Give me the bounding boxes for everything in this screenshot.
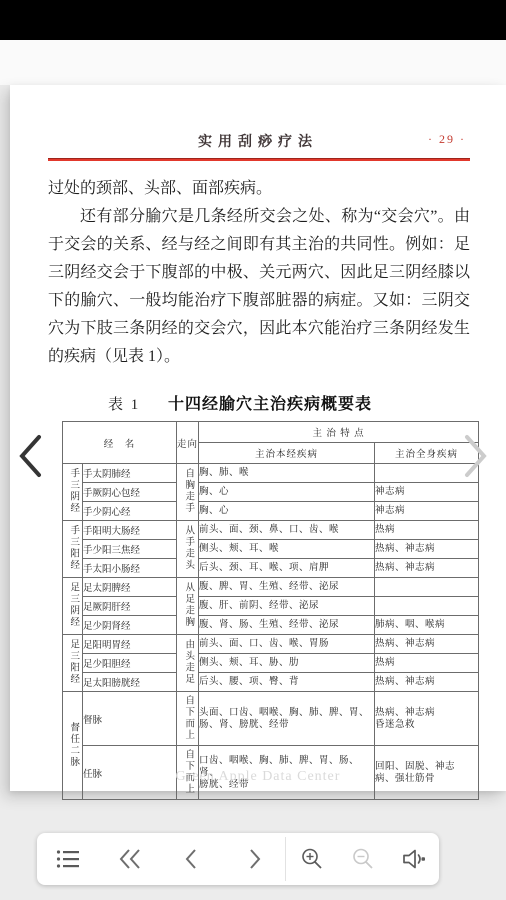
table-of-contents-icon <box>56 849 80 869</box>
meridian-name: 手少阳三焦经 <box>83 540 177 559</box>
group-label: 手三阳经 <box>68 525 78 571</box>
chevron-left-icon <box>16 433 46 479</box>
own-meridian-indications: 腹、肾、肠、生殖、经带、泌尿 <box>199 616 375 635</box>
table-label: 表 1 <box>108 393 140 414</box>
meridian-name: 足厥阴肝经 <box>83 597 177 616</box>
group-label: 足三阳经 <box>68 639 78 685</box>
chevron-right-icon <box>242 847 266 871</box>
book-title: 实用刮痧疗法 <box>48 131 468 151</box>
meridian-name: 足少阳胆经 <box>83 654 177 673</box>
whole-body-indications: 热病、神志病 昏迷急救 <box>375 692 479 746</box>
double-chevron-left-icon <box>117 847 143 871</box>
col-header-direction: 走向 <box>177 422 199 464</box>
own-meridian-indications: 头面、口齿、咽喉、胸、肺、脾、胃、 肠、肾、膀胱、经带 <box>199 692 375 746</box>
direction-cell: 从足走胸 <box>177 578 199 635</box>
zoom-out-button[interactable] <box>348 844 378 874</box>
app-background-strip <box>0 40 506 85</box>
col-header-indications: 主 治 特 点 <box>199 422 479 443</box>
whole-body-indications: 肺病、咽、喉病 <box>375 616 479 635</box>
whole-body-indications <box>375 578 479 597</box>
meridian-name: 手厥阴心包经 <box>83 483 177 502</box>
own-meridian-indications: 前头、面、颈、鼻、口、齿、喉 <box>199 521 375 540</box>
own-meridian-indications: 侧头、颊、耳、胁、肋 <box>199 654 375 673</box>
paragraph: 过处的颈部、头部、面部疾病。 <box>48 175 470 203</box>
whole-body-indications: 热病、神志病 <box>375 540 479 559</box>
own-meridian-indications: 腹、脾、胃、生殖、经带、泌尿 <box>199 578 375 597</box>
whole-body-indications: 热病、神志病 <box>375 559 479 578</box>
own-meridian-indications: 胸、心 <box>199 483 375 502</box>
own-meridian-indications: 胸、心 <box>199 502 375 521</box>
read-aloud-button[interactable] <box>399 844 429 874</box>
group-label-cell: 足三阴经 <box>63 578 83 635</box>
own-meridian-indications: 腹、肝、前阴、经带、泌尿 <box>199 597 375 616</box>
table-row: 足太阳膀胱经 后头、腰、项、臀、背 热病、神志病 <box>63 673 479 692</box>
direction-label: 由头走足 <box>183 639 193 685</box>
book-page: 实用刮痧疗法 · 29 · 过处的颈部、头部、面部疾病。 还有部分腧穴是几条经所… <box>10 85 506 791</box>
direction-label: 从足走胸 <box>183 582 193 628</box>
table-row: 手少阳三焦经 侧头、颊、耳、喉 热病、神志病 <box>63 540 479 559</box>
whole-body-indications <box>375 597 479 616</box>
toolbar-nav-group <box>37 833 285 885</box>
direction-label: 从手走头 <box>183 525 193 571</box>
whole-body-indications: 热病、神志病 <box>375 673 479 692</box>
zoom-in-icon <box>300 847 324 871</box>
whole-body-indications: 神志病 <box>375 483 479 502</box>
col-header-meridian-name: 经 名 <box>63 422 177 464</box>
own-meridian-indications: 胸、肺、喉 <box>199 464 375 483</box>
whole-body-indications: 神志病 <box>375 502 479 521</box>
previous-page-arrow[interactable] <box>16 433 46 479</box>
meridian-name: 足太阳膀胱经 <box>83 673 177 692</box>
table-row: 足少阴肾经 腹、肾、肠、生殖、经带、泌尿 肺病、咽、喉病 <box>63 616 479 635</box>
group-label-cell: 手三阴经 <box>63 464 83 521</box>
zoom-in-button[interactable] <box>297 844 327 874</box>
page-header: 实用刮痧疗法 · 29 · <box>48 131 468 151</box>
next-page-arrow[interactable] <box>460 433 490 479</box>
table-row: 足少阳胆经 侧头、颊、耳、胁、肋 热病 <box>63 654 479 673</box>
table-row: 手三阳经 手阳明大肠经 从手走头 前头、面、颈、鼻、口、齿、喉 热病 <box>63 521 479 540</box>
watermark: Green Apple Data Center <box>10 769 506 785</box>
body-text: 过处的颈部、头部、面部疾病。 还有部分腧穴是几条经所交会之处、称为“交会穴”。由… <box>48 175 470 371</box>
own-meridian-indications: 后头、腰、项、臀、背 <box>199 673 375 692</box>
table-row: 足三阳经 足阳明胃经 由头走足 前头、面、口、齿、喉、胃肠 热病、神志病 <box>63 635 479 654</box>
group-label: 手三阴经 <box>68 468 78 514</box>
meridian-name: 足阳明胃经 <box>83 635 177 654</box>
prev-page-button[interactable] <box>177 844 207 874</box>
own-meridian-indications: 前头、面、口、齿、喉、胃肠 <box>199 635 375 654</box>
table-row: 手少阴心经 胸、心 神志病 <box>63 502 479 521</box>
group-label: 督任二脉 <box>68 722 78 768</box>
reader-toolbar <box>37 833 439 885</box>
reader-screen: 实用刮痧疗法 · 29 · 过处的颈部、头部、面部疾病。 还有部分腧穴是几条经所… <box>0 0 506 900</box>
table-row: 手厥阴心包经 胸、心 神志病 <box>63 483 479 502</box>
chevron-right-icon <box>460 433 490 479</box>
table-row: 足三阴经 足太阴脾经 从足走胸 腹、脾、胃、生殖、经带、泌尿 <box>63 578 479 597</box>
direction-label: 自下而上 <box>183 695 193 741</box>
table-caption: 表 1 十四经腧穴主治疾病概要表 <box>62 391 478 413</box>
page-number: · 29 · <box>428 132 466 147</box>
meridian-name: 足少阴肾经 <box>83 616 177 635</box>
meridian-name: 督脉 <box>83 692 177 746</box>
table-row: 手三阴经 手太阴肺经 自胸走手 胸、肺、喉 <box>63 464 479 483</box>
chevron-left-icon <box>180 847 204 871</box>
direction-cell: 从手走头 <box>177 521 199 578</box>
direction-cell: 自下而上 <box>177 692 199 746</box>
meridian-name: 手阳明大肠经 <box>83 521 177 540</box>
prev-chapter-button[interactable] <box>115 844 145 874</box>
whole-body-indications: 热病 <box>375 654 479 673</box>
toc-button[interactable] <box>53 844 83 874</box>
meridian-name: 手太阳小肠经 <box>83 559 177 578</box>
status-bar <box>0 0 506 40</box>
table-row: 足厥阴肝经 腹、肝、前阴、经带、泌尿 <box>63 597 479 616</box>
header-rule <box>48 158 470 161</box>
speaker-icon <box>401 848 427 870</box>
group-label-cell: 足三阳经 <box>63 635 83 692</box>
whole-body-indications: 热病、神志病 <box>375 635 479 654</box>
paragraph: 还有部分腧穴是几条经所交会之处、称为“交会穴”。由于交会的关系、经与经之间即有其… <box>48 203 470 371</box>
own-meridian-indications: 侧头、颊、耳、喉 <box>199 540 375 559</box>
meridian-name: 足太阴脾经 <box>83 578 177 597</box>
toolbar-zoom-group <box>286 833 439 885</box>
table-row: 手太阳小肠经 后头、颈、耳、喉、项、肩胛 热病、神志病 <box>63 559 479 578</box>
col-header-own-meridian: 主治本经疾病 <box>199 443 375 464</box>
whole-body-indications: 热病 <box>375 521 479 540</box>
group-label: 足三阴经 <box>68 582 78 628</box>
direction-label: 自胸走手 <box>183 468 193 514</box>
group-label-cell: 手三阳经 <box>63 521 83 578</box>
next-page-button[interactable] <box>239 844 269 874</box>
direction-cell: 自胸走手 <box>177 464 199 521</box>
zoom-out-icon <box>351 847 375 871</box>
meridian-table: 经 名 走向 主 治 特 点 主治本经疾病 主治全身疾病 手三阴经 手太阴肺经 … <box>62 421 479 800</box>
meridian-name: 手少阴心经 <box>83 502 177 521</box>
meridian-name: 手太阴肺经 <box>83 464 177 483</box>
direction-cell: 由头走足 <box>177 635 199 692</box>
table-row: 督任二脉 督脉 自下而上 头面、口齿、咽喉、胸、肺、脾、胃、 肠、肾、膀胱、经带… <box>63 692 479 746</box>
own-meridian-indications: 后头、颈、耳、喉、项、肩胛 <box>199 559 375 578</box>
